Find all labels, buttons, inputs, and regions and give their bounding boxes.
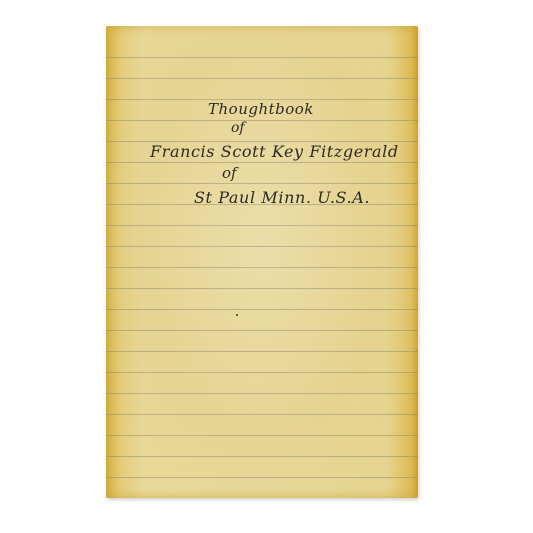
rule-line [106,78,418,79]
inscription-of-1: of [231,120,245,136]
inscription-title: Thoughtbook [208,100,314,118]
inscription-name: Francis Scott Key Fitzgerald [150,142,399,161]
rule-line [106,183,418,184]
rule-line [106,57,418,58]
rule-line [106,414,418,415]
rule-line [106,372,418,373]
rule-line [106,225,418,226]
rule-line [106,477,418,478]
rule-line [106,435,418,436]
rule-line [106,288,418,289]
ink-speck [236,314,238,316]
rule-line [106,393,418,394]
rule-line [106,246,418,247]
inscription-place: St Paul Minn. U.S.A. [194,188,370,207]
rule-line [106,456,418,457]
inscription-of-2: of [222,164,237,182]
rule-line [106,351,418,352]
rule-line [106,330,418,331]
rule-line [106,309,418,310]
rule-line [106,267,418,268]
rule-line [106,120,418,121]
notebook-cover: Thoughtbook of Francis Scott Key Fitzger… [106,26,418,498]
rule-line [106,162,418,163]
ruled-lines [106,26,418,498]
